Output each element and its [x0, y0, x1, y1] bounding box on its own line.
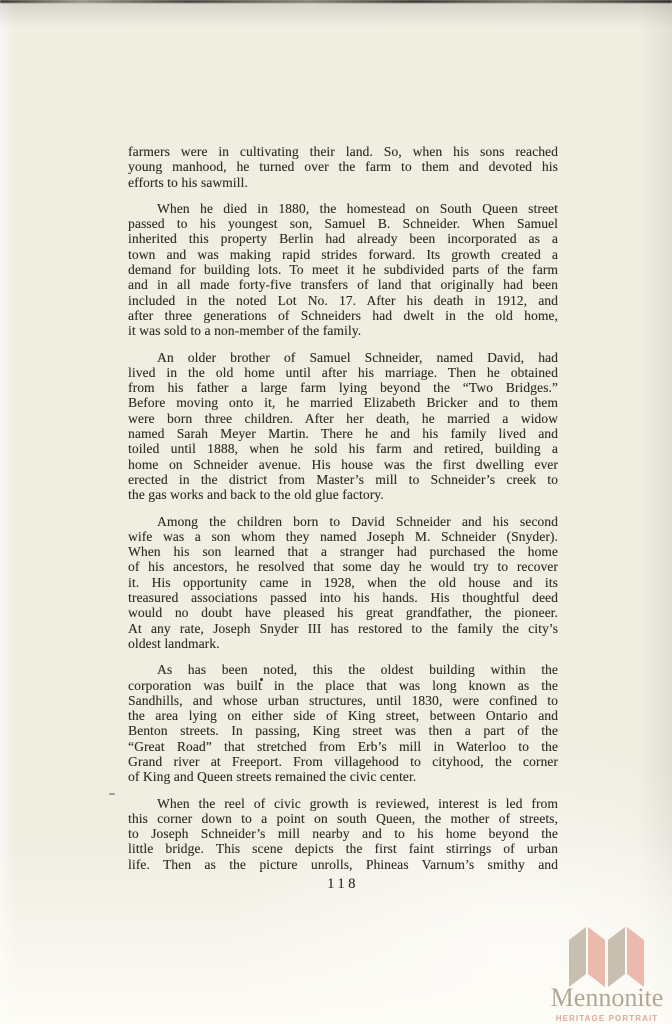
- text-line: erected in the district from Master’s mi…: [128, 472, 558, 487]
- text-line: passed to his youngest son, Samuel B. Sc…: [128, 216, 558, 231]
- text-line: Grand river at Freeport. From villagehoo…: [128, 754, 558, 769]
- scan-top-edge: [0, 0, 672, 3]
- scan-artifact: [260, 678, 263, 681]
- text-line: life. Then as the picture unrolls, Phine…: [128, 857, 558, 872]
- text-line: town and was making rapid strides forwar…: [128, 247, 558, 262]
- text-line: named Sarah Meyer Martin. There he and h…: [128, 426, 558, 441]
- scanned-book-page: farmers were in cultivating their land. …: [0, 0, 672, 1024]
- text-line: efforts to his sawmill.: [128, 175, 558, 190]
- text-line: “Great Road” that stretched from Erb’s m…: [128, 739, 558, 754]
- text-line: would no doubt have pleased his great gr…: [128, 605, 558, 620]
- text-line: When the reel of civic growth is reviewe…: [128, 796, 558, 811]
- text-line: little bridge. This scene depicts the fi…: [128, 841, 558, 856]
- paragraph: Among the children born to David Schneid…: [128, 514, 558, 652]
- text-line: toiled until 1888, when he sold his farm…: [128, 441, 558, 456]
- text-line: to Joseph Schneider’s mill nearby and to…: [128, 826, 558, 841]
- text-line: Among the children born to David Schneid…: [128, 514, 558, 529]
- text-line: of King and Queen streets remained the c…: [128, 769, 558, 784]
- text-line: Benton streets. In passing, King street …: [128, 723, 558, 738]
- paragraph: farmers were in cultivating their land. …: [128, 144, 558, 190]
- paragraph: As has been noted, this the oldest build…: [128, 662, 558, 784]
- text-line: young manhood, he turned over the farm t…: [128, 159, 558, 174]
- paragraph: When the reel of civic growth is reviewe…: [128, 796, 558, 872]
- text-line: At any rate, Joseph Snyder III has resto…: [128, 621, 558, 636]
- text-line: after three generations of Schneiders ha…: [128, 308, 558, 323]
- logo-ribbon-segment: [569, 927, 586, 987]
- mennonite-logo-icon: [569, 926, 645, 987]
- text-line: home on Schneider avenue. His house was …: [128, 457, 558, 472]
- text-line: included in the noted Lot No. 17. After …: [128, 293, 558, 308]
- page-number: 118: [128, 876, 558, 893]
- text-line: the area lying on either side of King st…: [128, 708, 558, 723]
- text-line: wife was a son whom they named Joseph M.…: [128, 529, 558, 544]
- paragraph: An older brother of Samuel Schneider, na…: [128, 350, 558, 503]
- logo-ribbon-segment: [608, 927, 625, 987]
- watermark: Mennonite HERITAGE PORTRAIT: [540, 926, 672, 1023]
- text-line: this corner down to a point on south Que…: [128, 811, 558, 826]
- text-line: Before moving onto it, he married Elizab…: [128, 395, 558, 410]
- text-line: An older brother of Samuel Schneider, na…: [128, 350, 558, 365]
- text-line: corporation was built in the place that …: [128, 678, 558, 693]
- text-line: inherited this property Berlin had alrea…: [128, 231, 558, 246]
- text-line: it. His opportunity came in 1928, when t…: [128, 575, 558, 590]
- text-line: lived in the old home until after his ma…: [128, 365, 558, 380]
- logo-ribbon-segment: [588, 927, 605, 987]
- watermark-brand: Mennonite: [540, 985, 672, 1011]
- watermark-tagline: HERITAGE PORTRAIT: [540, 1015, 672, 1023]
- text-line: the gas works and back to the old glue f…: [128, 487, 558, 502]
- paragraph: When he died in 1880, the homestead on S…: [128, 201, 558, 339]
- text-line: Sandhills, and whose urban structures, u…: [128, 693, 558, 708]
- text-line: treasured associations passed into his h…: [128, 590, 558, 605]
- text-line: demand for building lots. To meet it he …: [128, 262, 558, 277]
- scan-artifact: [109, 793, 115, 795]
- logo-ribbon-segment: [627, 927, 644, 987]
- text-line: When he died in 1880, the homestead on S…: [128, 201, 558, 216]
- text-line: oldest landmark.: [128, 636, 558, 651]
- text-line: When his son learned that a stranger had…: [128, 544, 558, 559]
- text-line: were born three children. After her deat…: [128, 411, 558, 426]
- text-line: from his father a large farm lying beyon…: [128, 380, 558, 395]
- text-line: and in all made forty-five transfers of …: [128, 277, 558, 292]
- page-text: farmers were in cultivating their land. …: [128, 144, 558, 872]
- text-line: of his ancestors, he resolved that some …: [128, 559, 558, 574]
- text-line: As has been noted, this the oldest build…: [128, 662, 558, 677]
- text-line: farmers were in cultivating their land. …: [128, 144, 558, 159]
- text-line: it was sold to a non-member of the famil…: [128, 323, 558, 338]
